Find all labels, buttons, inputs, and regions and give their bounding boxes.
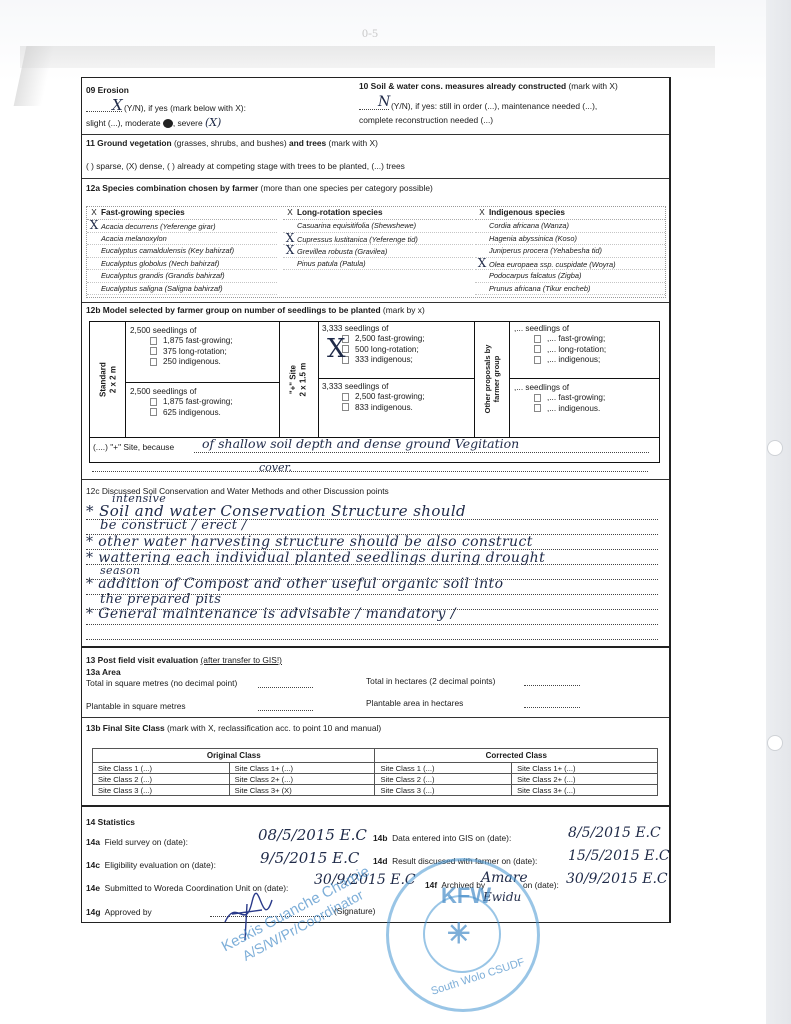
seedling-option-text: ,... fast-growing;	[547, 393, 605, 402]
seedling-option-text: 2,500 fast-growing;	[355, 392, 425, 401]
species-row[interactable]: Hagenia abyssinica (Koso)	[475, 233, 665, 246]
vegetation-note: (grasses, shrubs, and bushes)	[174, 138, 287, 148]
total-ha-field[interactable]	[524, 685, 580, 686]
species-mark[interactable]: X	[283, 245, 297, 257]
site-class-note: (mark with X, reclassification acc. to p…	[167, 723, 381, 733]
checkbox-icon[interactable]	[342, 393, 349, 401]
post-visit-note: (after transfer to GIS!)	[201, 655, 282, 665]
total-ha-label: Total in hectares (2 decimal points)	[366, 677, 495, 687]
other-option-a[interactable]: ,... seedlings of,... fast-growing;,... …	[514, 323, 606, 366]
seedling-option-line[interactable]: ,... long-rotation;	[514, 345, 606, 356]
species-mark[interactable]: X	[475, 258, 489, 270]
dotted-line	[86, 564, 658, 565]
dotted-line	[194, 452, 649, 453]
scanned-page: 0-5 09 Erosion X (Y/N), if yes (mark bel…	[0, 0, 791, 1024]
dotted-line	[86, 111, 122, 112]
site-class-cell[interactable]: Site Class 3+ (...)	[512, 785, 658, 796]
species-title: 12a Species combination chosen by farmer	[86, 183, 258, 193]
seedling-option-line[interactable]: ,... indigenous;	[514, 355, 606, 366]
species-column-header: Fast-growing species	[101, 208, 185, 217]
species-row[interactable]: Acacia melanoxylon	[87, 233, 277, 246]
swc-line2: complete reconstruction needed (...)	[359, 116, 493, 126]
site-class-cell[interactable]: Site Class 2+ (...)	[512, 774, 658, 785]
seedling-option-line[interactable]: ,... fast-growing;	[514, 334, 606, 345]
seedling-model-box: Standard2 x 2 m "+" Site2 x 1.5 m Other …	[89, 321, 660, 463]
checkbox-icon[interactable]	[534, 345, 541, 353]
vegetation-and: and trees	[289, 138, 326, 148]
severe-mark[interactable]: (X)	[205, 116, 221, 129]
post-visit-title-line: 13 Post field visit evaluation (after tr…	[86, 656, 282, 666]
species-row[interactable]: Podocarpus falcatus (Zigba)	[475, 270, 665, 283]
plus-option-a-mark: X	[327, 334, 346, 364]
other-option-b[interactable]: ,... seedlings of,... fast-growing;,... …	[514, 382, 605, 414]
erosion-title: 09 Erosion	[86, 86, 129, 96]
seedling-option-text: 500 long-rotation;	[355, 345, 419, 354]
species-column: XLong-rotation speciesCasuarina equisiti…	[283, 207, 473, 270]
original-class-header: Original Class	[93, 749, 375, 763]
seedling-option-line[interactable]: 2,500 fast-growing;	[322, 392, 425, 403]
section-09-10: 09 Erosion X (Y/N), if yes (mark below w…	[82, 78, 669, 135]
vegetation-note2: (mark with X)	[329, 138, 378, 148]
checkbox-icon[interactable]	[534, 404, 541, 412]
grid-line	[279, 322, 280, 438]
seedling-option-text: ,... long-rotation;	[547, 345, 606, 354]
discussion-handwritten-line[interactable]: * other water harvesting structure shoul…	[86, 534, 533, 550]
species-row[interactable]: XAcacia decurrens (Yeferenge girar)	[87, 220, 277, 233]
model-note: (mark by x)	[383, 305, 425, 315]
seedling-option-text: 1,875 fast-growing;	[163, 336, 233, 345]
species-name: Cupressus lustitanica (Yeferenge tid)	[297, 235, 418, 244]
species-name: Acacia melanoxylon	[101, 234, 167, 243]
section-11: 11 Ground vegetation (grasses, shrubs, a…	[82, 134, 669, 179]
site-class-cell[interactable]: Site Class 3 (...)	[375, 785, 512, 796]
punch-hole	[767, 735, 783, 751]
dotted-line	[359, 109, 389, 110]
page-marker: 0-5	[362, 26, 378, 41]
area-title: 13a Area	[86, 668, 121, 678]
species-column: XIndigenous speciesCordia africana (Wanz…	[475, 207, 665, 295]
seedling-option-text: ,... indigenous;	[547, 355, 600, 364]
seedling-option-line[interactable]: 1,875 fast-growing;	[130, 336, 233, 347]
dotted-line	[86, 549, 658, 550]
seedling-option-heading: 2,500 seedlings of	[130, 325, 233, 336]
species-name: Eucalyptus camaldulensis (Key bahirzaf)	[101, 246, 234, 255]
seedling-option-heading: ,... seedlings of	[514, 323, 606, 334]
species-mark[interactable]: X	[87, 220, 101, 232]
discussion-handwritten-line[interactable]: be construct / erect /	[100, 518, 247, 533]
vegetation-title-line: 11 Ground vegetation (grasses, shrubs, a…	[86, 139, 378, 149]
grid-line	[318, 322, 319, 438]
site-class-row: Site Class 1 (...)Site Class 1+ (...)Sit…	[93, 763, 658, 774]
species-name: Olea europaea ssp. cuspidate (Woyra)	[489, 260, 616, 269]
seedling-option-line[interactable]: 250 indigenous.	[130, 357, 233, 368]
dotted-line	[86, 609, 658, 610]
corrected-class-header: Corrected Class	[375, 749, 658, 763]
seedling-option-text: 375 long-rotation;	[163, 347, 227, 356]
seedling-option-line[interactable]: ,... indigenous.	[514, 404, 605, 415]
swc-title: 10 Soil & water cons. measures already c…	[359, 81, 566, 91]
species-name: Eucalyptus saligna (Saligna bahirzaf)	[101, 284, 223, 293]
checkbox-icon[interactable]	[150, 398, 157, 406]
species-column: XFast-growing speciesXAcacia decurrens (…	[87, 207, 277, 295]
erosion-line2: slight (...), moderate , severe (X)	[86, 117, 221, 130]
post-visit-title: 13 Post field visit evaluation	[86, 655, 198, 665]
site-class-cell[interactable]: Site Class 2 (...)	[375, 774, 512, 785]
species-column-header: Indigenous species	[489, 208, 565, 217]
swc-title-line: 10 Soil & water cons. measures already c…	[359, 82, 618, 92]
reason-label: (....) "+" Site, because	[93, 443, 174, 453]
seedling-option-line[interactable]: 1,875 fast-growing;	[130, 397, 233, 408]
vegetation-title: 11 Ground vegetation	[86, 138, 172, 148]
checkbox-icon[interactable]	[534, 335, 541, 343]
site-class-cell[interactable]: Site Class 1+ (...)	[512, 763, 658, 774]
checkbox-icon[interactable]	[534, 356, 541, 364]
plantable-ha-label: Plantable area in hectares	[366, 699, 463, 709]
species-name: Pinus patula (Patula)	[297, 259, 366, 268]
plus-option-b[interactable]: 3,333 seedlings of2,500 fast-growing;833…	[322, 381, 425, 413]
stat-14a: 14a Field survey on (date):	[86, 838, 188, 848]
species-row[interactable]: Juniperus procera (Yehabesha tid)	[475, 245, 665, 258]
seedling-option-text: 250 indigenous.	[163, 357, 221, 366]
eligibility-date[interactable]: 9/5/2015 E.C	[260, 849, 359, 867]
species-row[interactable]: Pinus patula (Patula)	[283, 258, 473, 271]
dotted-line	[86, 624, 658, 625]
species-column-header: Long-rotation species	[297, 208, 383, 217]
discussion-date[interactable]: 15/5/2015 E.C	[568, 848, 670, 864]
species-note: (more than one species per category poss…	[261, 183, 433, 193]
site-class-title-line: 13b Final Site Class (mark with X, recla…	[86, 724, 381, 734]
section-12a: 12a Species combination chosen by farmer…	[82, 178, 669, 303]
swc-answer[interactable]: N	[378, 94, 390, 110]
seedling-option-heading: ,... seedlings of	[514, 382, 605, 393]
checkbox-icon[interactable]	[150, 408, 157, 416]
species-name: Cordia africana (Wanza)	[489, 221, 569, 230]
site-class-cell[interactable]: Site Class 2 (...)	[93, 774, 230, 785]
grid-line	[318, 378, 474, 379]
punch-hole	[767, 440, 783, 456]
erosion-line1: (Y/N), if yes (mark below with X):	[124, 104, 246, 114]
discussion-notes[interactable]: intensive* Soil and water Conservation S…	[86, 492, 661, 642]
archived-date[interactable]: 30/9/2015 E.C	[566, 871, 668, 887]
statistics-title: 14 Statistics	[86, 818, 135, 828]
stat-14g: 14g Approved by	[86, 908, 152, 918]
seedling-option-heading: 2,500 seedlings of	[130, 386, 233, 397]
species-title-line: 12a Species combination chosen by farmer…	[86, 184, 433, 194]
species-name: Prunus africana (Tikur encheb)	[489, 284, 590, 293]
seedling-option-text: 333 indigenous;	[355, 355, 413, 364]
seedling-option-text: ,... fast-growing;	[547, 334, 605, 343]
species-name: Casuarina equisitifolia (Shewshewe)	[297, 221, 416, 230]
seedling-option-text: ,... indigenous.	[547, 404, 600, 413]
seedling-option-text: 625 indigenous.	[163, 408, 221, 417]
total-sqm-field[interactable]	[258, 687, 313, 688]
site-class-cell[interactable]: Site Class 1 (...)	[375, 763, 512, 774]
reason-handwriting-2[interactable]: cover.	[259, 461, 292, 474]
checkbox-icon[interactable]	[150, 337, 157, 345]
plantable-sqm-label: Plantable in square metres	[86, 702, 186, 712]
grid-line	[125, 382, 279, 383]
mark-column-header: X	[283, 207, 297, 219]
site-class-cell[interactable]: Site Class 3+ (X)	[229, 785, 375, 796]
checkbox-icon[interactable]	[150, 347, 157, 355]
grid-line	[125, 322, 126, 438]
species-row[interactable]: Eucalyptus globolus (Nech bahirzaf)	[87, 258, 277, 271]
checkbox-icon[interactable]	[150, 358, 157, 366]
plantable-sqm-field[interactable]	[258, 710, 313, 711]
seedling-option-line[interactable]: 375 long-rotation;	[130, 347, 233, 358]
site-class-cell[interactable]: Site Class 1+ (...)	[229, 763, 375, 774]
gis-entry-date[interactable]: 8/5/2015 E.C	[568, 825, 661, 841]
kfw-round-stamp: KFW ✳ South Wolo CSUDF	[386, 858, 540, 1012]
seedling-option-text: 1,875 fast-growing;	[163, 397, 233, 406]
site-assessment-form: 09 Erosion X (Y/N), if yes (mark below w…	[81, 77, 671, 923]
dotted-line	[86, 534, 658, 535]
species-name: Eucalyptus globolus (Nech bahirzaf)	[101, 259, 219, 268]
site-class-table: Original Class Corrected Class Site Clas…	[92, 748, 658, 796]
swc-title-note: (mark with X)	[568, 81, 617, 91]
species-grid: XFast-growing speciesXAcacia decurrens (…	[86, 206, 666, 298]
species-row[interactable]: XOlea europaea ssp. cuspidate (Woyra)	[475, 258, 665, 271]
plantable-ha-field[interactable]	[524, 707, 580, 708]
mark-column-header: X	[475, 207, 489, 219]
dotted-line	[86, 579, 658, 580]
site-class-cell[interactable]: Site Class 3 (...)	[93, 785, 230, 796]
seedling-option-heading: 3,333 seedlings of	[322, 381, 425, 392]
species-row[interactable]: Eucalyptus grandis (Grandis bahirzaf)	[87, 270, 277, 283]
vegetation-options[interactable]: ( ) sparse, (X) dense, ( ) already at co…	[86, 162, 405, 172]
seedling-option-line[interactable]: 625 indigenous.	[130, 408, 233, 419]
site-class-row: Site Class 3 (...)Site Class 3+ (X)Site …	[93, 785, 658, 796]
kfw-logo-text: KFW	[441, 883, 491, 909]
dotted-line	[86, 639, 658, 640]
model-title: 12b Model selected by farmer group on nu…	[86, 305, 381, 315]
species-row[interactable]: Eucalyptus saligna (Saligna bahirzaf)	[87, 283, 277, 296]
species-name: Podocarpus falcatus (Zigba)	[489, 271, 581, 280]
species-name: Hagenia abyssinica (Koso)	[489, 234, 577, 243]
dotted-line	[92, 471, 648, 472]
stat-14c: 14c Eligibility evaluation on (date):	[86, 861, 216, 871]
standard-option-a[interactable]: 2,500 seedlings of1,875 fast-growing;375…	[130, 325, 233, 368]
swc-line1: (Y/N), if yes: still in order (...), mai…	[391, 102, 597, 112]
total-sqm-label: Total in square metres (no decimal point…	[86, 679, 237, 689]
species-row[interactable]: Eucalyptus camaldulensis (Key bahirzaf)	[87, 245, 277, 258]
species-name: Juniperus procera (Yehabesha tid)	[489, 246, 602, 255]
site-class-cell[interactable]: Site Class 1 (...)	[93, 763, 230, 774]
archived-on-label: on (date):	[523, 881, 559, 891]
species-name: Eucalyptus grandis (Grandis bahirzaf)	[101, 271, 225, 280]
seedling-option-text: 833 indigenous.	[355, 403, 413, 412]
standard-label: Standard2 x 2 m	[98, 340, 117, 420]
site-class-row: Site Class 2 (...)Site Class 2+ (...)Sit…	[93, 774, 658, 785]
species-name: Grevillea robusta (Gravilea)	[297, 247, 387, 256]
erosion-prefix: slight (...), moderate	[86, 118, 160, 128]
binder-edge	[766, 0, 791, 1024]
seedling-option-text: 2,500 fast-growing;	[355, 334, 425, 343]
seedling-option-heading: 3,333 seedlings of	[322, 323, 425, 334]
star-icon: ✳	[447, 917, 470, 950]
species-name: Acacia decurrens (Yeferenge girar)	[101, 222, 216, 231]
checkbox-icon[interactable]	[342, 403, 349, 411]
species-row[interactable]: Casuarina equisitifolia (Shewshewe)	[283, 220, 473, 233]
field-survey-date[interactable]: 08/5/2015 E.C	[258, 826, 367, 844]
grid-line	[474, 322, 475, 438]
scan-shadow	[20, 46, 715, 68]
seedling-option-line[interactable]: 833 indigenous.	[322, 403, 425, 414]
erosion-suffix: , severe	[173, 118, 203, 128]
grid-line	[509, 322, 510, 438]
species-row[interactable]: Prunus africana (Tikur encheb)	[475, 283, 665, 296]
standard-option-b[interactable]: 2,500 seedlings of1,875 fast-growing;625…	[130, 386, 233, 418]
dotted-line	[86, 519, 658, 520]
grid-line	[509, 378, 659, 379]
moderate-scribble-mark	[163, 119, 173, 128]
other-proposals-label: Other proposals byfarmer group	[483, 339, 501, 419]
site-class-cell[interactable]: Site Class 2+ (...)	[229, 774, 375, 785]
seedling-option-line[interactable]: ,... fast-growing;	[514, 393, 605, 404]
species-row[interactable]: Cordia africana (Wanza)	[475, 220, 665, 233]
checkbox-icon[interactable]	[534, 394, 541, 402]
site-class-title: 13b Final Site Class	[86, 723, 165, 733]
species-row[interactable]: XCupressus lustitanica (Yeferenge tid)	[283, 233, 473, 246]
species-row[interactable]: XGrevillea robusta (Gravilea)	[283, 245, 473, 258]
plus-site-label: "+" Site2 x 1.5 m	[288, 340, 307, 420]
model-title-line: 12b Model selected by farmer group on nu…	[86, 306, 425, 316]
stat-14b: 14b Data entered into GIS on (date):	[373, 834, 511, 844]
reason-handwriting-1[interactable]: of shallow soil depth and dense ground V…	[202, 436, 519, 451]
dotted-line	[86, 594, 658, 595]
